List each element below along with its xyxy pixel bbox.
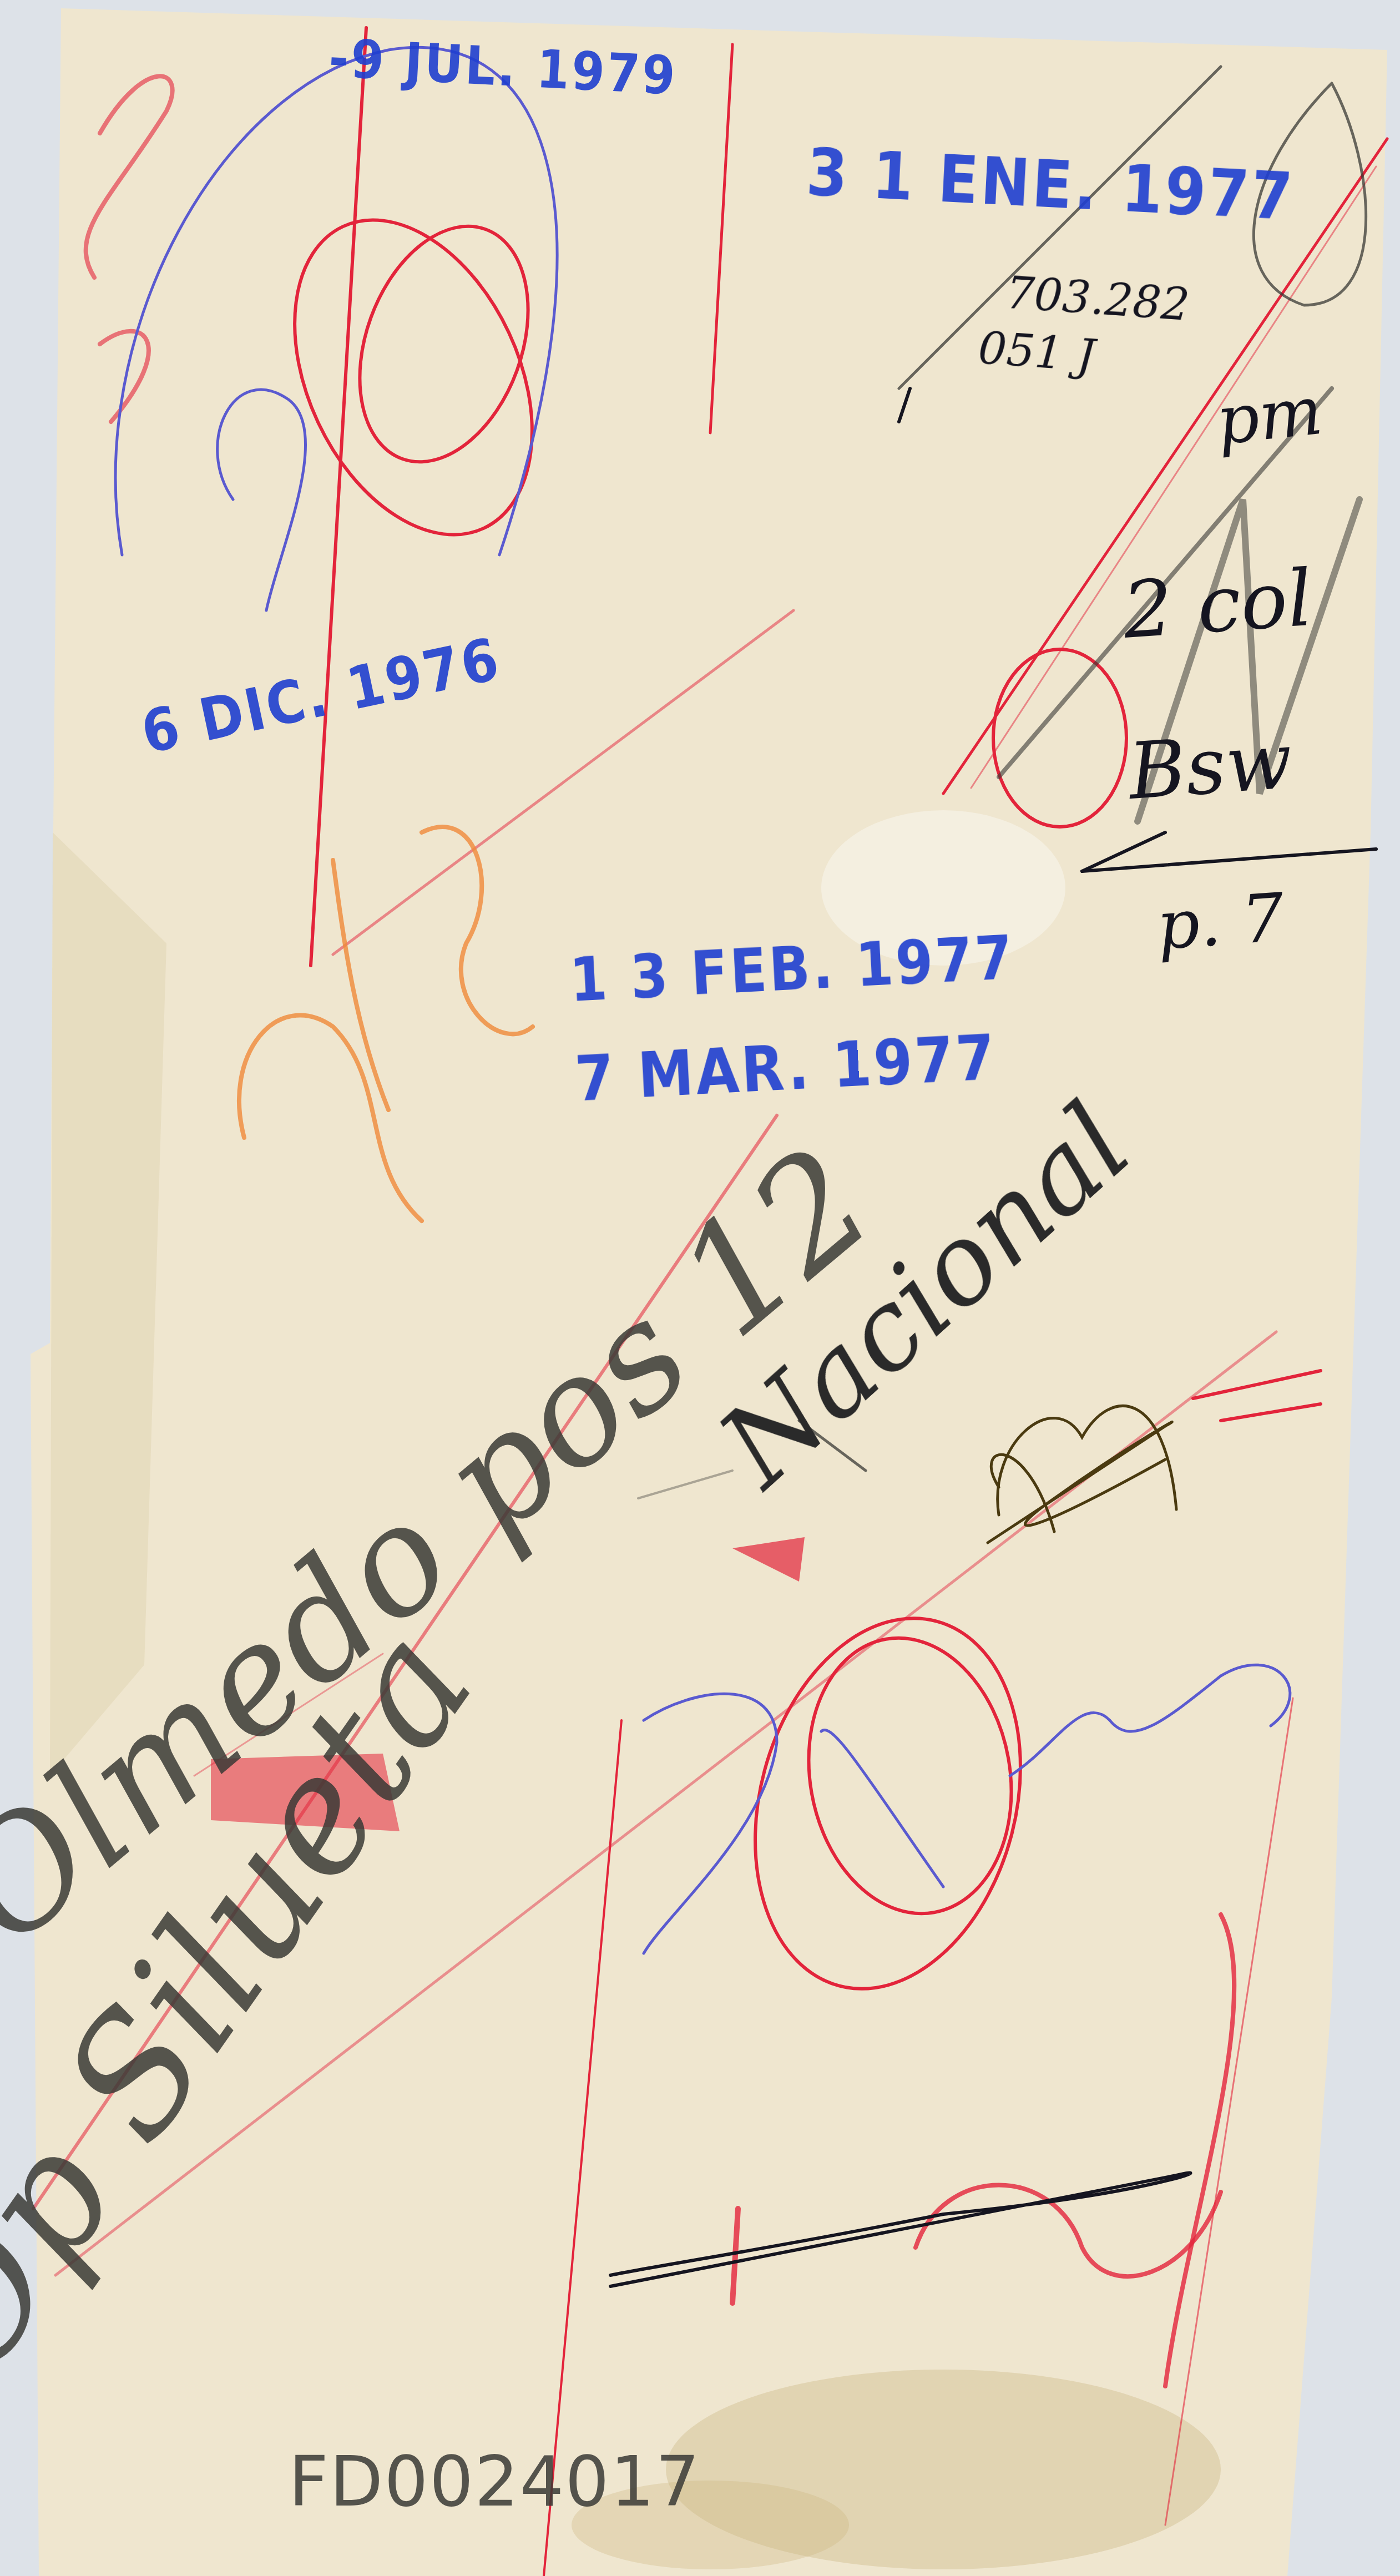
- right-note-col: 2 col: [1120, 553, 1316, 656]
- right-note-page: p. 7: [1154, 879, 1287, 965]
- reference-number-2: 051 J: [977, 322, 1096, 381]
- right-note-bsw: Bsw: [1126, 716, 1295, 817]
- right-note-pm: pm: [1212, 372, 1326, 460]
- catalog-id: FD0024017: [289, 2442, 701, 2522]
